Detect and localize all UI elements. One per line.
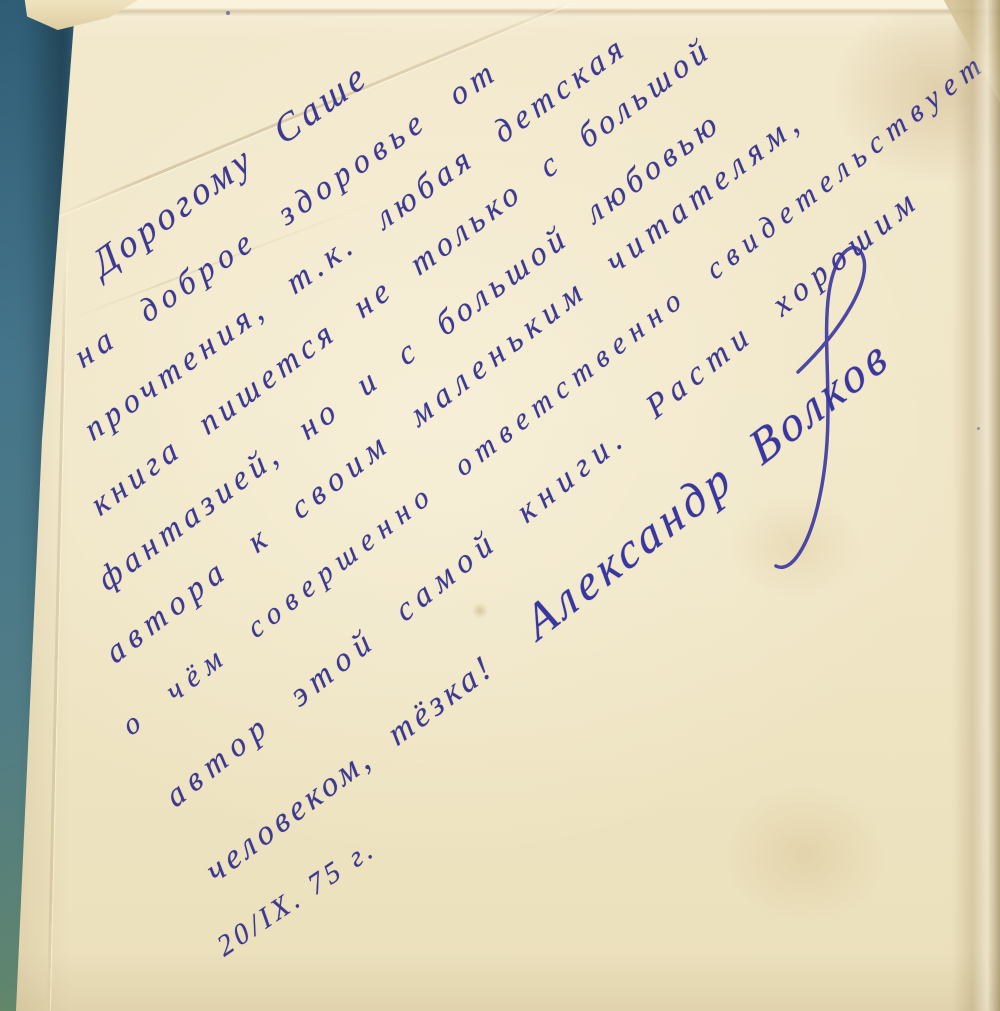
ink-speck [226, 11, 230, 15]
inscription-page: Дорогому Саше на доброе здоровье от проч… [0, 0, 1000, 1011]
paper-crease-vertical [47, 252, 67, 1011]
photo-background: { "photo": { "description_label": "Handw… [0, 0, 1000, 1011]
ink-speck [977, 427, 980, 430]
